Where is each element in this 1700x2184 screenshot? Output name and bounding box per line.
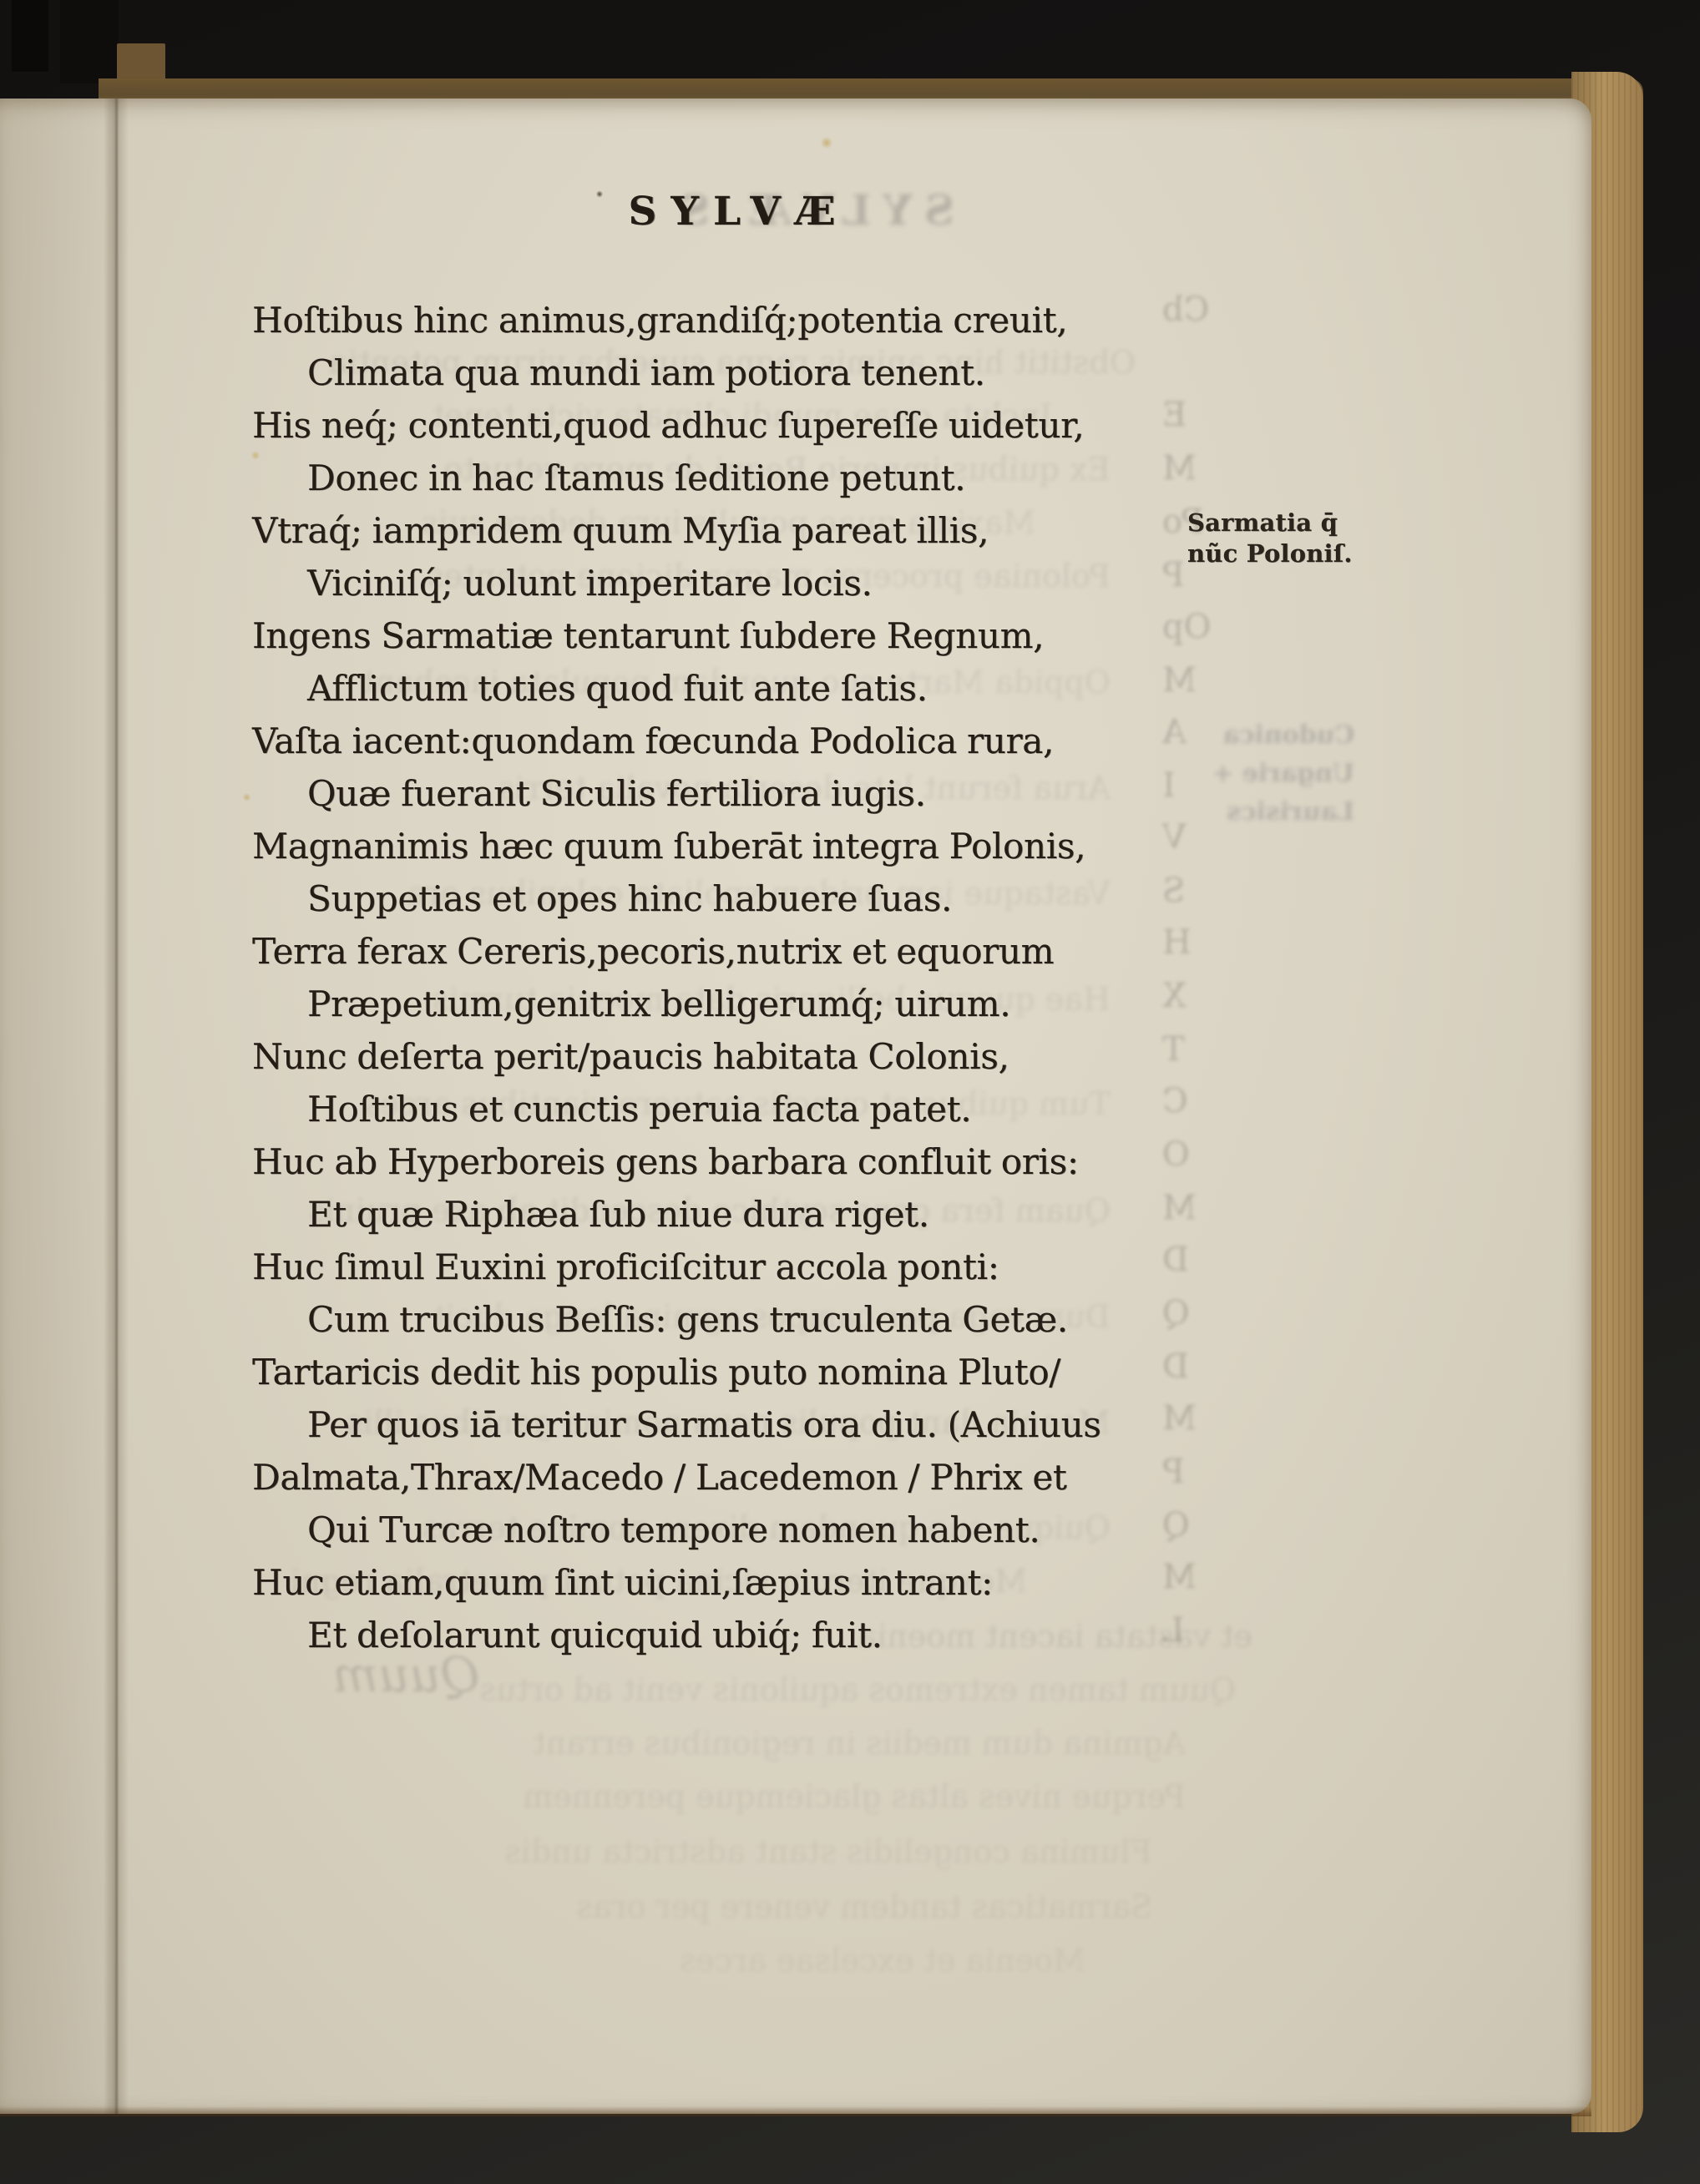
poem-line: Huc ab Hyperboreis gens barbara confluit… xyxy=(252,1135,1237,1188)
gutter-shading xyxy=(0,99,110,2114)
poem-line: Hoſtibus et cunctis peruia facta patet. xyxy=(252,1083,1237,1135)
poem-line: Viciniſq́; uolunt imperitare locis. xyxy=(252,557,1237,609)
poem-line: Per quos iā teritur Sarmatis ora diu. (A… xyxy=(252,1398,1237,1451)
poem-line: Cum trucibus Beſſis: gens truculenta Get… xyxy=(252,1293,1237,1346)
poem-line: Præpetium,genitrix belligerumq́; uirum. xyxy=(252,978,1237,1030)
page-title: SYLVÆ xyxy=(250,189,1227,235)
poem-line: Suppetias et opes hinc habuere ſuas. xyxy=(252,872,1237,925)
poem-line: Magnanimis hæc quum ſuberāt integra Polo… xyxy=(252,820,1237,872)
poem-line: Hoſtibus hinc animus,grandiſq́;potentia … xyxy=(252,294,1237,346)
poem: Hoſtibus hinc animus,grandiſq́;potentia … xyxy=(252,294,1237,1661)
poem-line: Vtraq́; iampridem quum Myſia pareat illi… xyxy=(252,504,1237,557)
poem-line: Dalmata,Thrax/Macedo / Lacedemon / Phrix… xyxy=(252,1451,1237,1504)
margin-note-line: nũc Poloniſ. xyxy=(1187,538,1379,569)
poem-line: Nunc deſerta perit/paucis habitata Colon… xyxy=(252,1030,1237,1083)
poem-line: Afflictum toties quod fuit ante ſatis. xyxy=(252,662,1237,715)
poem-line: Qui Turcæ noſtro tempore nomen habent. xyxy=(252,1504,1237,1556)
poem-line: Donec in hac ſtamus ſeditione petunt. xyxy=(252,452,1237,504)
poem-line: Quæ fuerant Siculis fertiliora iugis. xyxy=(252,767,1237,820)
poem-line: His neq́; contenti,quod adhuc ſupereſſe … xyxy=(252,399,1237,452)
book-scan: SYLVÆ S CbEMPoPOpMAIVSHXTCOMDQDMPQML Cud… xyxy=(0,0,1700,2184)
poem-line: Ingens Sarmatiæ tentarunt ſubdere Regnum… xyxy=(252,609,1237,662)
poem-line: Huc ſimul Euxini proficiſcitur accola po… xyxy=(252,1241,1237,1293)
poem-line: Tartaricis dedit his populis puto nomina… xyxy=(252,1346,1237,1398)
gutter-crease xyxy=(104,99,129,2114)
poem-line: Terra ferax Cereris,pecoris,nutrix et eq… xyxy=(252,925,1237,978)
margin-note-line: Sarmatia q̄ xyxy=(1187,508,1379,538)
poem-line: Et quæ Riphæa ſub niue dura riget. xyxy=(252,1188,1237,1241)
poem-line: Et deſolarunt quicquid ubiq́; fuit. xyxy=(252,1609,1237,1661)
poem-line: Climata qua mundi iam potiora tenent. xyxy=(252,346,1237,399)
poem-line: Huc etiam,quum ſint uicini,ſæpius intran… xyxy=(252,1556,1237,1609)
binding-band xyxy=(12,0,48,72)
binding-band xyxy=(60,0,119,83)
binding-tab xyxy=(117,43,165,80)
margin-note: Sarmatia q̄ nũc Poloniſ. xyxy=(1187,508,1379,569)
poem-line: Vaſta iacent:quondam fœcunda Podolica ru… xyxy=(252,715,1237,767)
